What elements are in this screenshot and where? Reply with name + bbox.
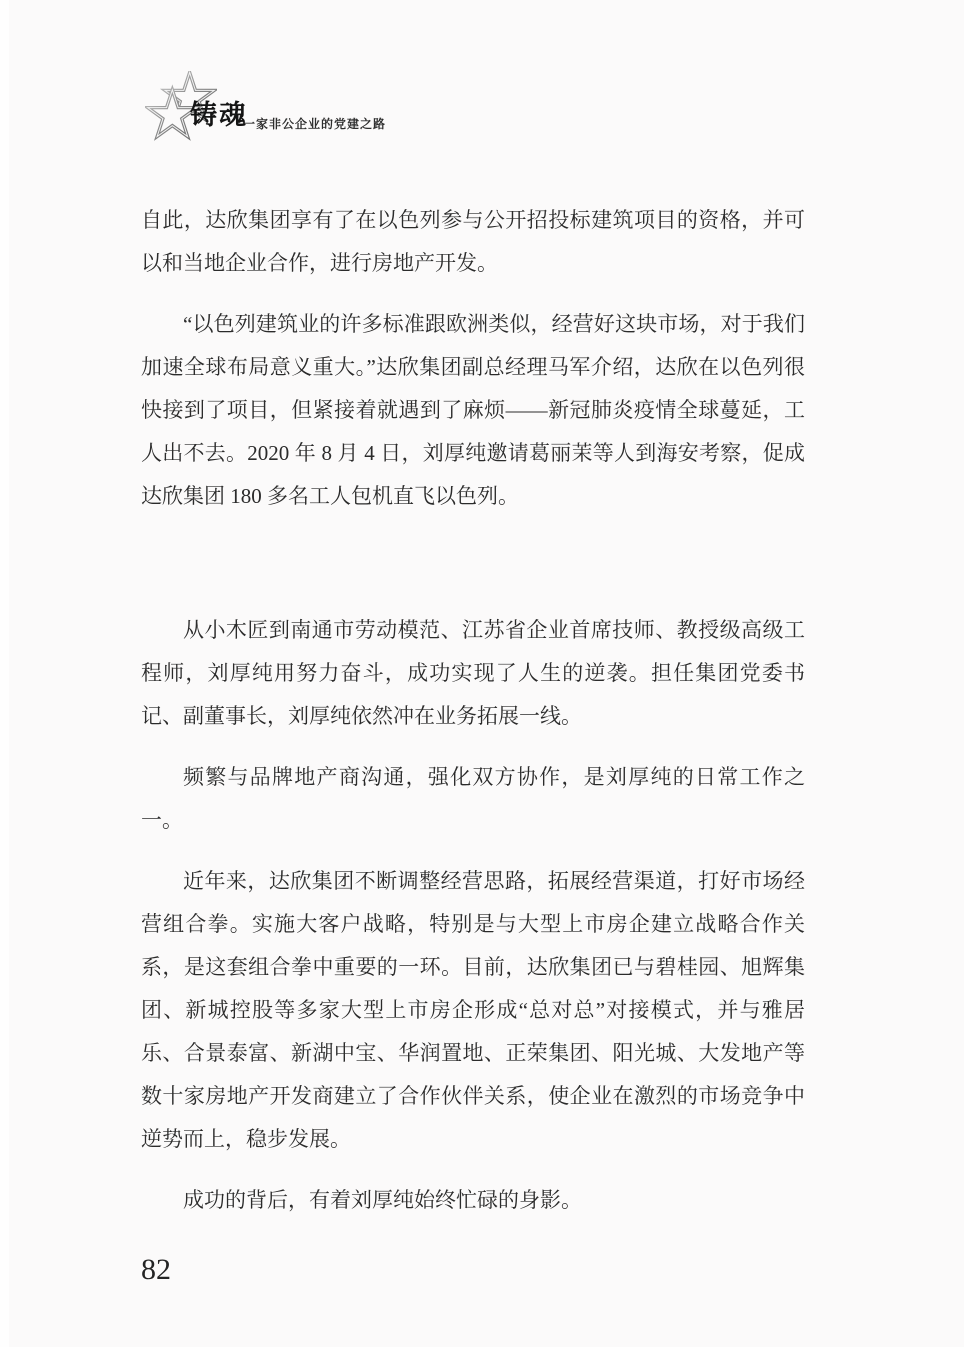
scan-edge-left	[0, 0, 9, 1361]
paragraph: 近年来，达欣集团不断调整经营思路，拓展经营渠道，打好市场经营组合拳。实施大客户战…	[141, 860, 805, 1161]
scan-edge-bottom	[0, 1347, 964, 1361]
book-page: 铸魂 一家非公企业的党建之路 自此，达欣集团享有了在以色列参与公开招投标建筑项目…	[0, 0, 964, 1361]
logo-subtitle: 一家非公企业的党建之路	[243, 115, 386, 132]
section-break	[141, 536, 805, 609]
brand-logo: 铸魂 一家非公企业的党建之路	[145, 65, 565, 210]
logo-title: 铸魂	[190, 102, 248, 129]
paragraph: 成功的背后，有着刘厚纯始终忙碌的身影。	[141, 1179, 805, 1222]
page-content: 自此，达欣集团享有了在以色列参与公开招投标建筑项目的资格，并可以和当地企业合作，…	[141, 199, 805, 1240]
paragraph: 从小木匠到南通市劳动模范、江苏省企业首席技师、教授级高级工程师，刘厚纯用努力奋斗…	[141, 609, 805, 738]
page-number: 82	[141, 1253, 171, 1287]
paragraph: 自此，达欣集团享有了在以色列参与公开招投标建筑项目的资格，并可以和当地企业合作，…	[141, 199, 805, 285]
paragraph: 频繁与品牌地产商沟通，强化双方协作，是刘厚纯的日常工作之一。	[141, 756, 805, 842]
paragraph: “以色列建筑业的许多标准跟欧洲类似，经营好这块市场，对于我们加速全球布局意义重大…	[141, 303, 805, 518]
